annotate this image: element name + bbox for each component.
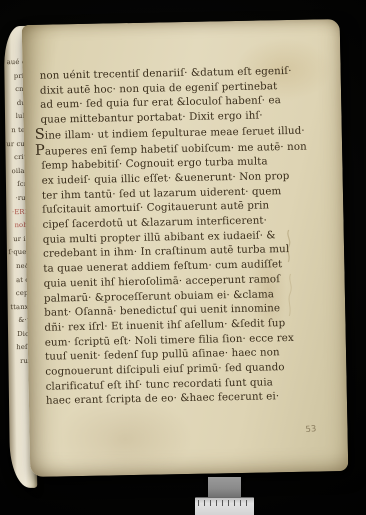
ruler-strip <box>195 497 254 515</box>
marginal-pen-trial-mark <box>281 228 299 318</box>
manuscript-page: non uénit trecentiſ denariiſ· &datum eſt… <box>22 19 349 477</box>
latin-text-block: non uénit trecentiſ denariiſ· &datum eſt… <box>40 64 292 409</box>
folio-number: 53 <box>305 424 317 435</box>
photo-background: aué deprimcnuſduitluben tertur cumcrit t… <box>0 0 366 515</box>
ruler-tick-marks <box>198 500 251 506</box>
ruler-clamp <box>208 477 241 498</box>
